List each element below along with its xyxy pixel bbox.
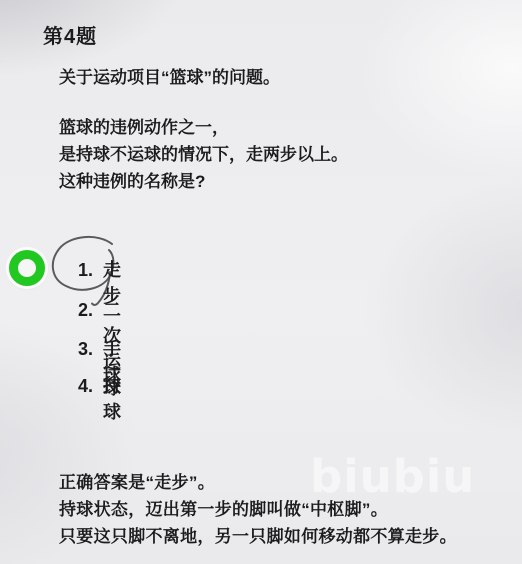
option-number: 4.	[78, 376, 93, 397]
quiz-slide: 第4题 关于运动项目“篮球”的问题。 篮球的违例动作之一， 是持球不运球的情况下…	[0, 0, 522, 564]
answer-explanation: 正确答案是“走步”。 持球状态，迈出第一步的脚叫做“中枢脚”。 只要这只脚不离地…	[59, 469, 457, 550]
question-line: 是持球不运球的情况下，走两步以上。	[59, 141, 348, 168]
option-text: 持球	[103, 372, 127, 424]
option-row-4[interactable]: 4. 持球	[78, 372, 127, 424]
option-number: 2.	[78, 300, 93, 321]
question-line: 这种违例的名称是?	[59, 168, 348, 195]
question-number-title: 第4题	[43, 20, 97, 49]
correct-answer-ring-icon	[9, 250, 45, 286]
option-number: 3.	[78, 339, 93, 360]
question-body: 篮球的违例动作之一， 是持球不运球的情况下，走两步以上。 这种违例的名称是?	[59, 114, 348, 195]
answer-line: 正确答案是“走步”。	[59, 469, 457, 496]
answer-line: 只要这只脚不离地，另一只脚如何移动都不算走步。	[59, 523, 457, 550]
question-line: 篮球的违例动作之一，	[59, 114, 348, 141]
option-number: 1.	[78, 260, 93, 281]
answer-line: 持球状态，迈出第一步的脚叫做“中枢脚”。	[59, 496, 457, 523]
question-intro: 关于运动项目“篮球”的问题。	[59, 63, 280, 88]
